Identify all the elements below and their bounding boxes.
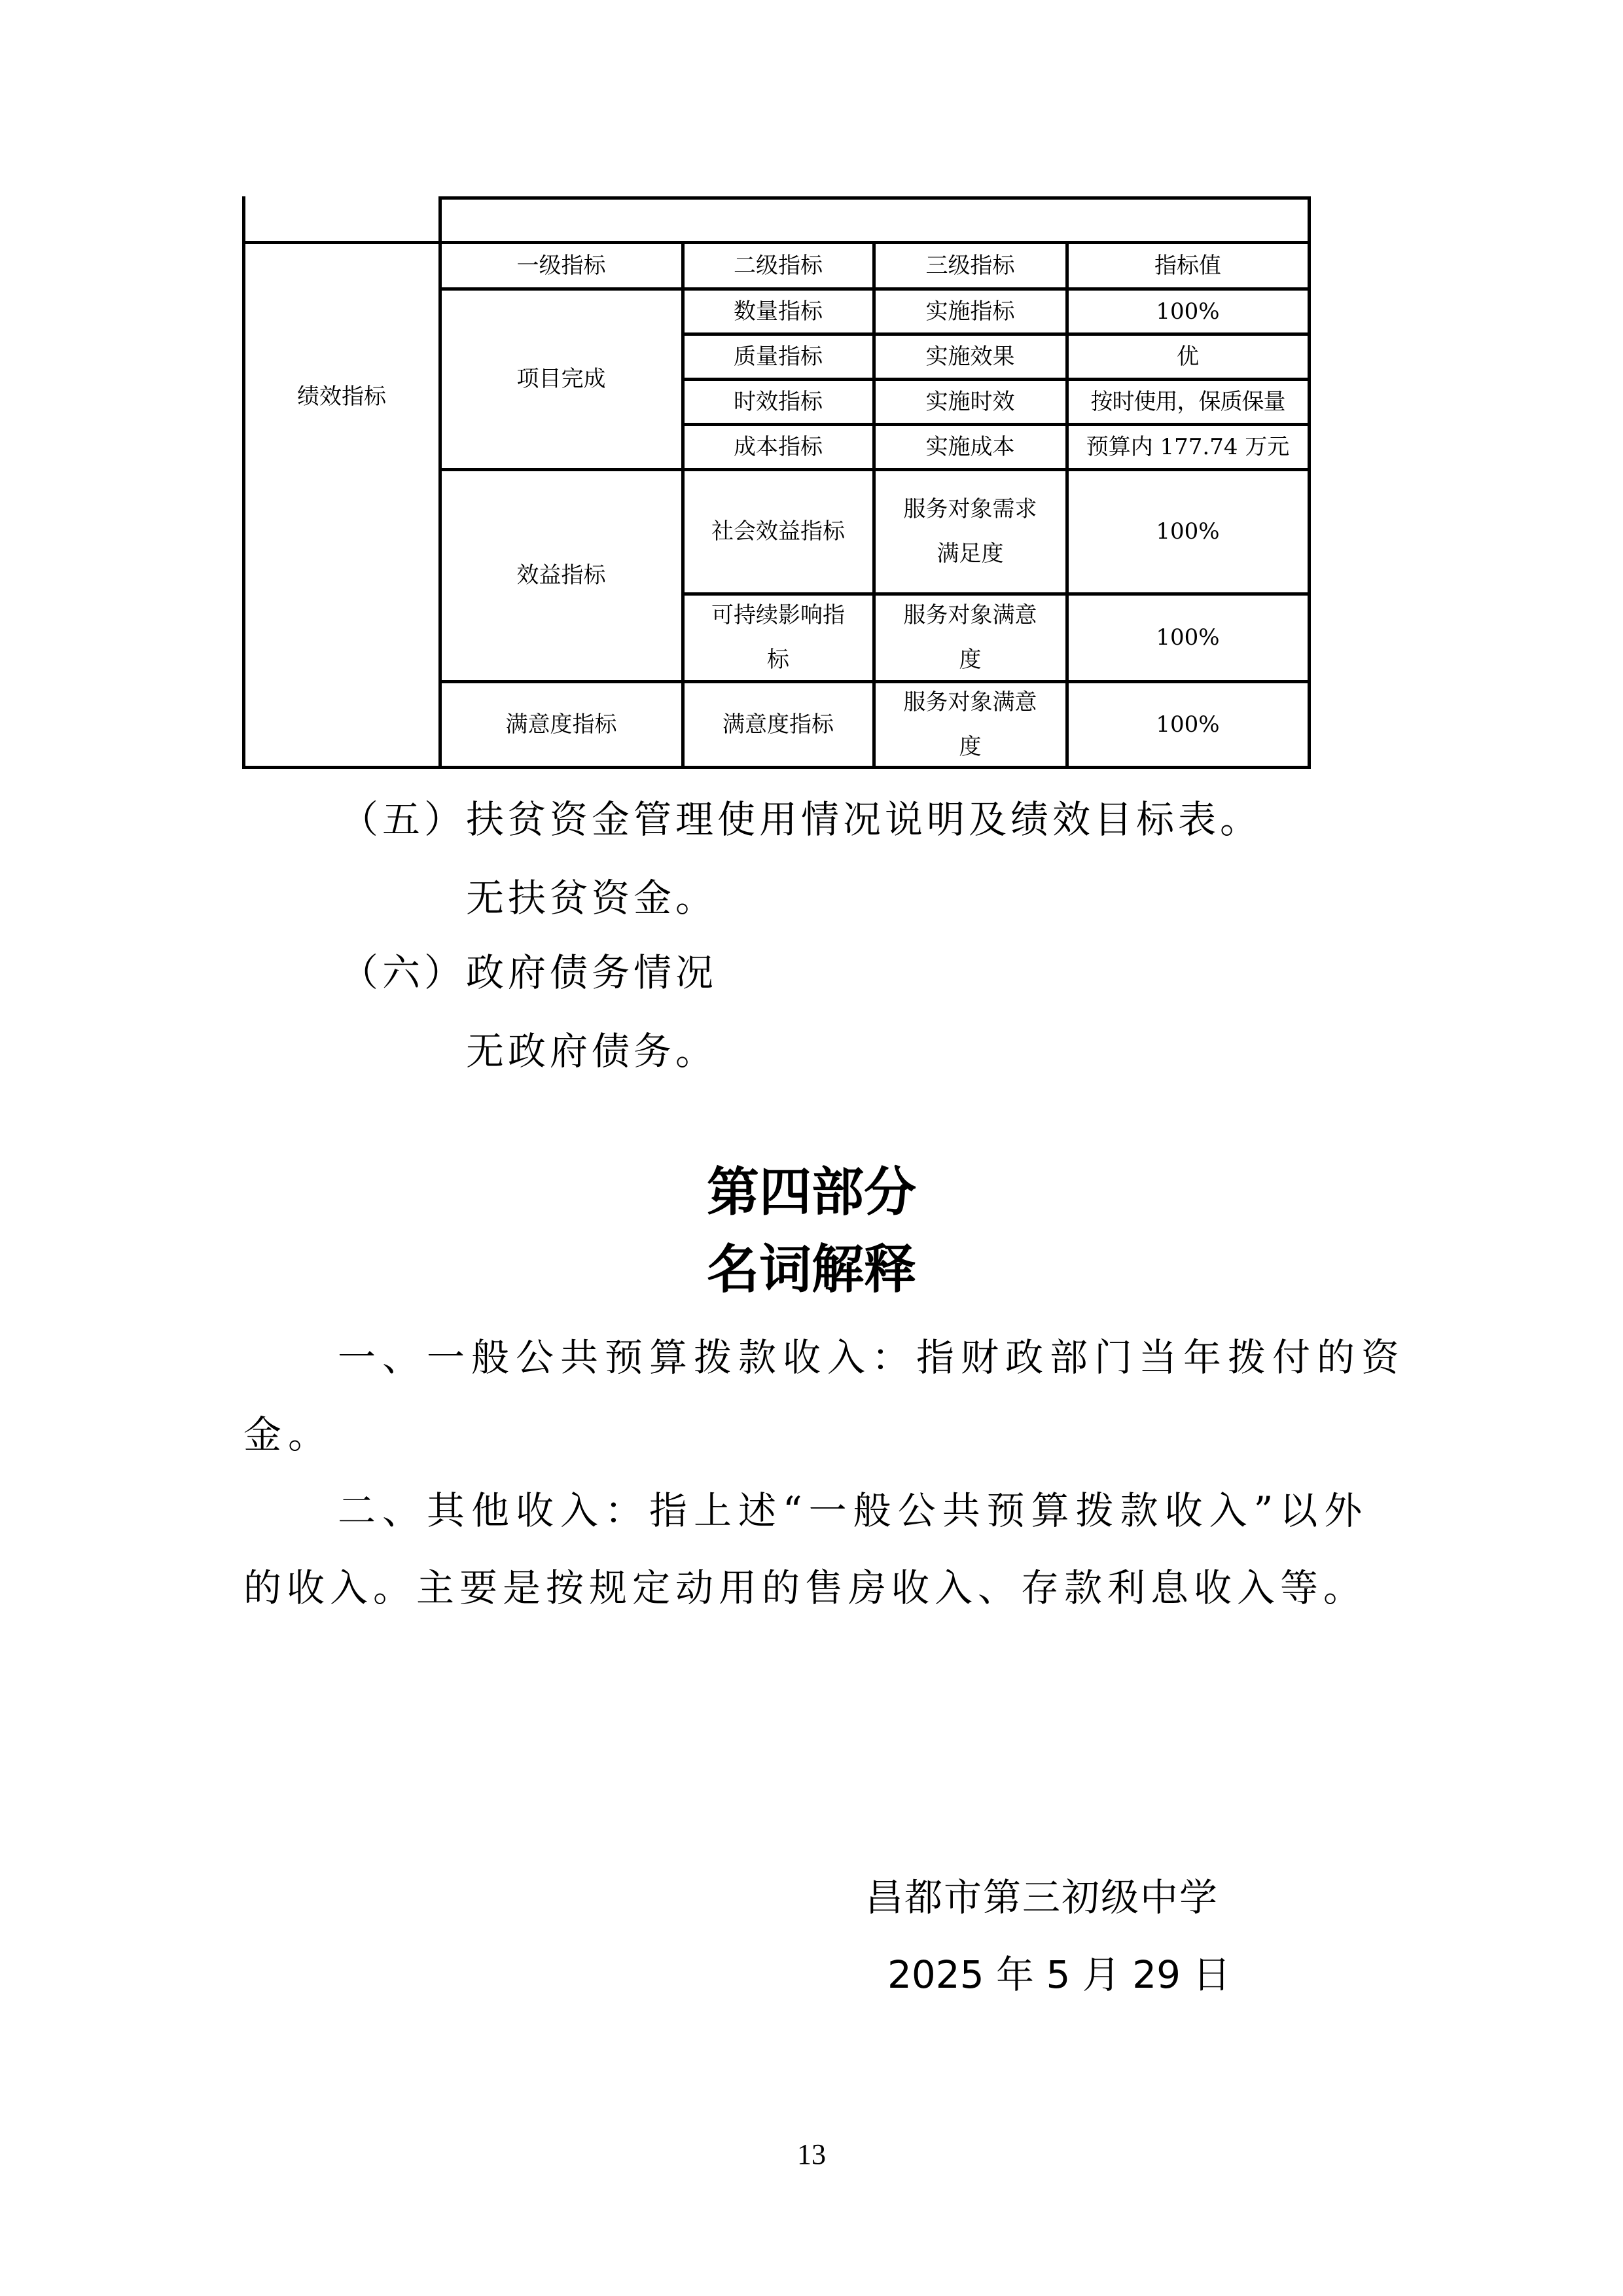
table-cell: 可持续影响指标 [683,594,874,681]
table-cell: 100% [1067,681,1309,767]
signature-organization: 昌都市第三初级中学 [865,1867,1219,1922]
table-cell: 100% [1067,469,1309,594]
glossary-title: 名词解释 [0,1237,1623,1302]
table-rule [1308,196,1311,769]
level1-satisfaction: 满意度指标 [440,681,683,767]
level1-project-completion: 项目完成 [440,289,683,469]
table-cell: 实施成本 [874,424,1067,469]
table-cell: 实施指标 [874,289,1067,334]
table-rule [1065,241,1069,769]
part-four-title: 第四部分 [0,1160,1623,1225]
performance-indicator-table: 绩效指标 一级指标 二级指标 三级指标 指标值 项目完成 数量指标 实施指标 1… [243,198,1309,767]
table-rule [681,378,1310,381]
table-cell: 服务对象需求满足度 [874,469,1067,594]
table-cell-text: 服务对象需求满足度 [895,487,1046,576]
table-cell: 质量指标 [683,334,874,379]
definition-2-line-1: 二、其他收入：指上述“一般公共预算拨款收入”以外 [338,1484,1368,1537]
header-value: 指标值 [1067,242,1309,289]
table-cell-text: 社会效益指标 [703,509,853,554]
table-cell: 社会效益指标 [683,469,874,594]
table-cell-text: 服务对象满意度 [895,593,1046,682]
table-cell: 按时使用，保质保量 [1067,379,1309,424]
level1-benefit: 效益指标 [440,469,683,681]
table-cell: 100% [1067,289,1309,334]
table-cell: 优 [1067,334,1309,379]
table-blank-cell [440,198,1309,242]
header-level3: 三级指标 [874,242,1067,289]
table-rule [243,241,1310,244]
table-cell: 数量指标 [683,289,874,334]
row-label-text: 绩效指标 [297,374,386,419]
table-cell: 服务对象满意度 [874,594,1067,681]
table-rule [243,766,1310,769]
header-level1: 一级指标 [440,242,683,289]
table-rule [681,592,1310,596]
page-number: 13 [0,2138,1623,2171]
table-cell: 满意度指标 [683,681,874,767]
table-rule [681,423,1310,426]
table-rule [681,332,1310,336]
table-rule [438,196,442,769]
section-six-body: 无政府债务。 [466,1025,717,1077]
table-cell: 100% [1067,594,1309,681]
table-cell: 服务对象满意度 [874,681,1067,767]
table-cell: 成本指标 [683,424,874,469]
table-cell: 时效指标 [683,379,874,424]
table-cell: 实施时效 [874,379,1067,424]
table-cell: 实施效果 [874,334,1067,379]
definition-1-line-2: 金。 [243,1408,332,1461]
section-five-title: （五）扶贫资金管理使用情况说明及绩效目标表。 [340,793,1262,846]
header-level2: 二级指标 [683,242,874,289]
table-cell: 预算内 177.74 万元 [1067,424,1309,469]
table-rule [242,196,245,769]
row-label-performance: 绩效指标 [243,242,440,767]
table-cell-text: 可持续影响指标 [703,593,853,682]
signature-date: 2025 年 5 月 29 日 [887,1944,1231,1999]
section-six-title: （六）政府债务情况 [340,946,717,999]
table-rule [872,241,876,769]
definition-2-line-2: 的收入。主要是按规定动用的售房收入、存款利息收入等。 [243,1562,1366,1614]
table-cell-text: 服务对象满意度 [895,680,1046,769]
definition-1-line-1: 一、一般公共预算拨款收入：指财政部门当年拨付的资 [338,1331,1406,1384]
table-rule [438,196,1310,200]
table-rule [681,241,685,769]
section-five-body: 无扶贫资金。 [466,872,717,924]
